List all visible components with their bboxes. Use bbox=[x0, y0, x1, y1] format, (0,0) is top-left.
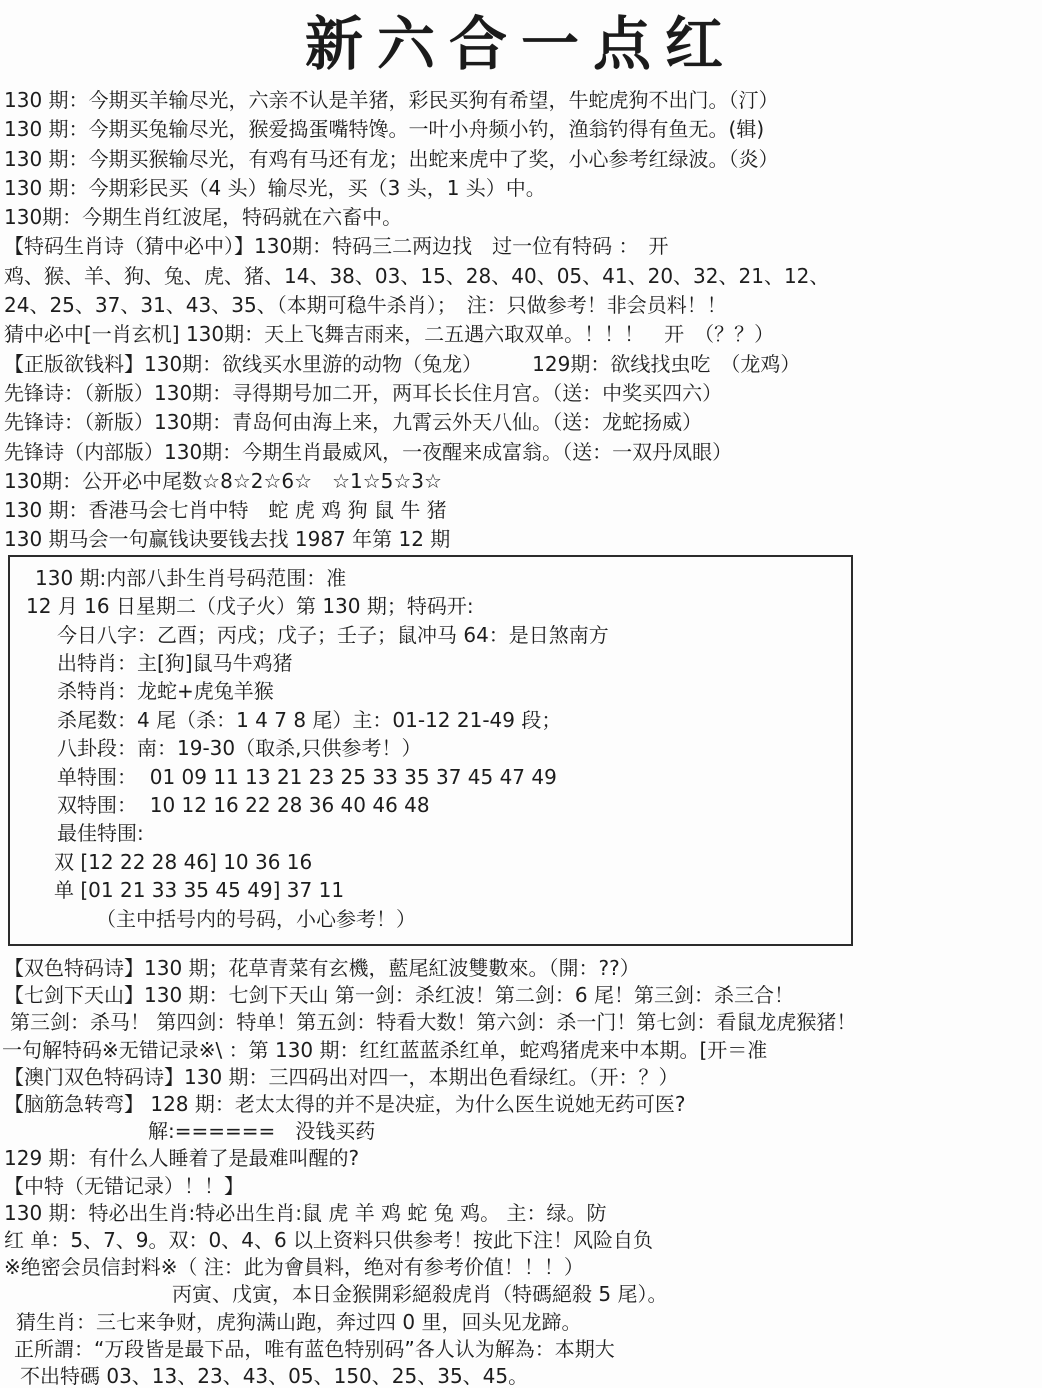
text-line: 【澳门双色特码诗】130 期：三四码出对四一，本期出色看绿红。（开：？） bbox=[0, 1064, 1042, 1091]
text-line: 【七剑下天山】130 期：七剑下天山 第一剑：杀红波！第二剑：6 尾！第三剑：杀… bbox=[0, 982, 1042, 1009]
text-line: 单特围： 01 09 11 13 21 23 25 33 35 37 45 47… bbox=[10, 763, 851, 791]
text-line: 24、25、37、31、43、35、（本期可稳牛杀肖）； 注：只做参考！非会员料… bbox=[0, 291, 1042, 320]
text-line: 130期：今期生肖红波尾，特码就在六畜中。 bbox=[0, 203, 1042, 232]
text-line: 130期：公开必中尾数☆8☆2☆6☆ ☆1☆5☆3☆ bbox=[0, 467, 1042, 496]
text-line: 先锋诗：（新版）130期：寻得期号加二开，两耳长长住月宫。（送：中奖买四六） bbox=[0, 379, 1042, 408]
text-line: 【特码生肖诗（猜中必中）】130期：特码三二两边找 过一位有特码 ： 开 bbox=[0, 232, 1042, 261]
text-line: 猜中必中[一肖玄机] 130期：天上飞舞吉雨来，二五遇六取双单。！！！ 开 （？… bbox=[0, 320, 1042, 349]
text-line: 【脑筋急转弯】 128 期：老太太得的并不是决症，为什么医生说她无药可医? bbox=[0, 1091, 1042, 1118]
text-line: 红 单：5、7、9。双：0、4、6 以上资料只供参考！按此下注！风险自负 bbox=[0, 1227, 1042, 1254]
text-line: 双特围： 10 12 16 22 28 36 40 46 48 bbox=[10, 791, 851, 819]
bottom-tips-section: 【双色特码诗】130 期；花草青菜有玄機，藍尾紅波雙數來。（開：??）【七剑下天… bbox=[0, 955, 1042, 1388]
text-line: 丙寅、戊寅，本日金猴開彩絕殺虎肖（特碼絕殺 5 尾）。 bbox=[0, 1281, 1042, 1308]
text-line: 解:====== 没钱买药 bbox=[0, 1118, 1042, 1145]
tip-sheet-page: 新六合一点红 130 期：今期买羊输尽光，六亲不认是羊猪，彩民买狗有希望，牛蛇虎… bbox=[0, 2, 1042, 1388]
text-line: 八卦段：南：19-30（取杀,只供参考！） bbox=[10, 734, 851, 762]
text-line: 12 月 16 日星期二（戊子火）第 130 期；特码开: bbox=[10, 592, 851, 620]
text-line: （主中括号内的号码，小心参考！） bbox=[10, 905, 851, 933]
text-line: 130 期：香港马会七肖中特 蛇 虎 鸡 狗 鼠 牛 猪 bbox=[0, 496, 1042, 525]
text-line: 不出特碼 03、13、23、43、05、150、25、35、45。 bbox=[0, 1363, 1042, 1388]
text-line: 130 期：特必出生肖:特必出生肖:鼠 虎 羊 鸡 蛇 兔 鸡。 主：绿。防 bbox=[0, 1200, 1042, 1227]
text-line: ※绝密会员信封料※（ 注：此为會員料，绝对有参考价值！！！） bbox=[0, 1254, 1042, 1281]
top-tips-section: 130 期：今期买羊输尽光，六亲不认是羊猪，彩民买狗有希望，牛蛇虎狗不出门。（汀… bbox=[0, 86, 1042, 555]
text-line: 第三剑：杀马！ 第四剑：特单！第五剑：特看大数！第六剑：杀一门！第七剑：看鼠龙虎… bbox=[0, 1009, 1042, 1036]
text-line: 129 期：有什么人睡着了是最难叫醒的? bbox=[0, 1145, 1042, 1172]
text-line: 【双色特码诗】130 期；花草青菜有玄機，藍尾紅波雙數來。（開：??） bbox=[0, 955, 1042, 982]
text-line: 先锋诗：（新版）130期：青岛何由海上来，九霄云外天八仙。（送：龙蛇扬威） bbox=[0, 408, 1042, 437]
text-line: 正所謂：“万段皆是最下品，唯有蓝色特别码”各人认为解為：本期大 bbox=[0, 1336, 1042, 1363]
text-line: 130 期：今期彩民买（4 头）输尽光，买（3 头，1 头）中。 bbox=[0, 174, 1042, 203]
text-line: 出特肖：主[狗]鼠马牛鸡猪 bbox=[10, 649, 851, 677]
text-line: 先锋诗（内部版）130期：今期生肖最威风，一夜醒来成富翁。（送：一双丹凤眼） bbox=[0, 438, 1042, 467]
text-line: 猜生肖：三七来争财，虎狗满山跑，奔过四 0 里，回头见龙蹄。 bbox=[0, 1309, 1042, 1336]
text-line: 今日八字：乙酉；丙戌；戊子；壬子；鼠冲马 64：是日煞南方 bbox=[10, 621, 851, 649]
text-line: 130 期：今期买羊输尽光，六亲不认是羊猪，彩民买狗有希望，牛蛇虎狗不出门。（汀… bbox=[0, 86, 1042, 115]
text-line: 最佳特围: bbox=[10, 819, 851, 847]
text-line: 130 期：今期买兔输尽光，猴爱捣蛋嘴特馋。一叶小舟频小钓，渔翁钓得有鱼无。(辑… bbox=[0, 115, 1042, 144]
text-line: 130 期马会一句赢钱诀要钱去找 1987 年第 12 期 bbox=[0, 525, 1042, 554]
bagua-info-box: 130 期:内部八卦生肖号码范围：准12 月 16 日星期二（戊子火）第 130… bbox=[8, 555, 853, 946]
text-line: 鸡、猴、羊、狗、兔、虎、猪、14、38、03、15、28、40、05、41、20… bbox=[0, 262, 1042, 291]
text-line: 杀尾数：4 尾（杀：1 4 7 8 尾）主：01-12 21-49 段； bbox=[10, 706, 851, 734]
text-line: 130 期：今期买猴输尽光，有鸡有马还有龙；出蛇来虎中了奖，小心参考红绿波。（炎… bbox=[0, 145, 1042, 174]
text-line: 杀特肖：龙蛇+虎兔羊猴 bbox=[10, 677, 851, 705]
text-line: 双 [12 22 28 46] 10 36 16 bbox=[10, 848, 851, 876]
text-line: 【中特（无错记录）！！】 bbox=[0, 1173, 1042, 1200]
page-title: 新六合一点红 bbox=[0, 2, 1042, 86]
text-line: 130 期:内部八卦生肖号码范围：准 bbox=[10, 564, 851, 592]
text-line: 【正版欲钱料】130期：欲线买水里游的动物（兔龙） 129期：欲线找虫吃 （龙鸡… bbox=[0, 350, 1042, 379]
text-line: 单 [01 21 33 35 45 49] 37 11 bbox=[10, 876, 851, 904]
text-line: 一句解特码※无错记录※\ ：第 130 期：红红蓝蓝杀红单，蛇鸡猪虎来中本期。[… bbox=[0, 1037, 1042, 1064]
